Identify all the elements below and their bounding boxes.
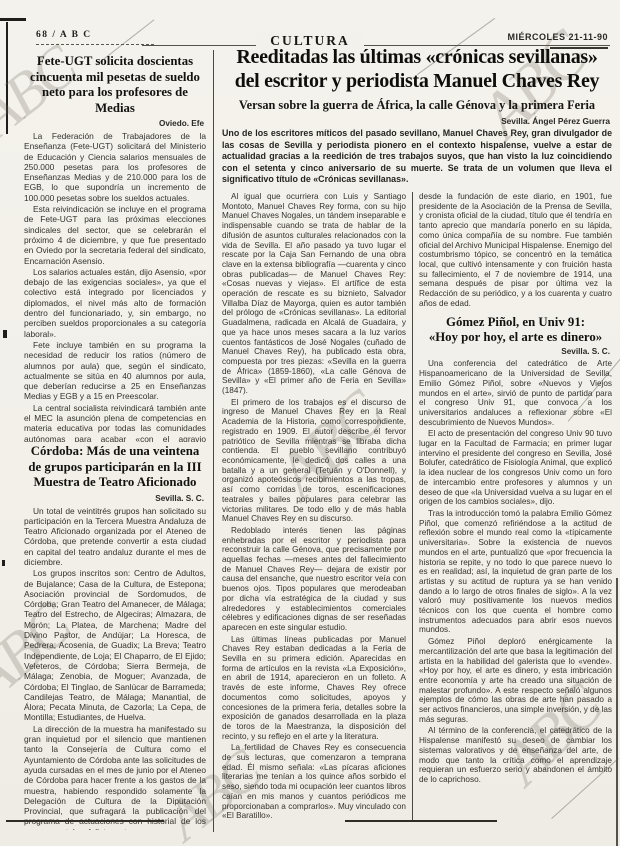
body-paragraph: La central socialista reivindicará tambi… bbox=[24, 403, 206, 442]
article-headline: Córdoba: Más de una veintena de grupos p… bbox=[24, 444, 206, 491]
main-article-columns: Al igual que ocurriera con Luis y Santia… bbox=[222, 192, 612, 822]
scan-artifact bbox=[3, 330, 7, 338]
article-byline: Sevilla. S. C. bbox=[24, 494, 204, 503]
body-paragraph: La fertilidad de Chaves Rey es consecuen… bbox=[222, 743, 406, 821]
footer-rule bbox=[345, 820, 497, 822]
body-paragraph: Esta reivindicación se incluye en el pro… bbox=[24, 204, 206, 266]
body-paragraph: desde la fundación de este diario, en 19… bbox=[419, 192, 612, 308]
body-paragraph: La Federación de Trabajadores de la Ense… bbox=[24, 131, 206, 203]
main-column-left: Al igual que ocurriera con Luis y Santia… bbox=[222, 192, 406, 822]
body-paragraph: El acto de presentación del congreso Uni… bbox=[419, 429, 612, 507]
body-paragraph: Fete incluye también en su programa la n… bbox=[24, 340, 206, 402]
body-paragraph: Los grupos inscritos son: Centro de Adul… bbox=[24, 568, 206, 722]
body-paragraph: Al término de la conferencia, el catedrá… bbox=[419, 726, 612, 784]
main-article-lead: Uno de los escritores míticos del pasado… bbox=[222, 128, 612, 188]
sub-article-headline: Gómez Piñol, en Univ 91: «Hoy por hoy, e… bbox=[419, 315, 612, 345]
body-paragraph: El primero de los trabajos es el discurs… bbox=[222, 398, 406, 524]
headline-line: «Hoy por hoy, el arte es dinero» bbox=[419, 330, 612, 345]
body-paragraph: Un total de veintitrés grupos han solici… bbox=[24, 506, 206, 568]
main-article-subhead: Versan sobre la guerra de África, la cal… bbox=[222, 98, 612, 113]
main-article-byline: Sevilla. Ángel Pérez Guerra bbox=[222, 116, 610, 126]
column-divider bbox=[412, 192, 413, 822]
body-paragraph: Gómez Piñol deploró enérgicamente la mer… bbox=[419, 637, 612, 724]
body-paragraph: Tras la introducción tomó la palabra Emi… bbox=[419, 509, 612, 635]
section-title: CULTURA bbox=[256, 33, 364, 49]
column-divider bbox=[213, 50, 214, 832]
main-article-headline: Reeditadas las últimas «crónicas sevilla… bbox=[222, 46, 612, 93]
newspaper-page: ABC ABC ABC ABC ABC ABC 68 / A B C CULTU… bbox=[0, 0, 620, 846]
body-paragraph: Los salarios actuales están, dijo Asensi… bbox=[24, 267, 206, 339]
article-headline: Fete-UGT solicita doscientas cincuenta m… bbox=[24, 54, 206, 116]
scan-artifact bbox=[616, 578, 618, 846]
main-column-right: desde la fundación de este diario, en 19… bbox=[419, 192, 612, 822]
footer-rule bbox=[6, 820, 164, 822]
body-paragraph: La dirección de la muestra ha manifestad… bbox=[24, 724, 206, 830]
sub-article-byline: Sevilla. S. C. bbox=[419, 347, 610, 356]
article-fete-ugt: Fete-UGT solicita doscientas cincuenta m… bbox=[24, 54, 206, 442]
section-title-wrap: CULTURA bbox=[0, 32, 620, 50]
body-paragraph: Las últimas líneas publicadas por Manuel… bbox=[222, 635, 406, 742]
body-paragraph: Al igual que ocurriera con Luis y Santia… bbox=[222, 192, 406, 396]
scan-artifact bbox=[2, 560, 5, 566]
article-cordoba-teatro: Córdoba: Más de una veintena de grupos p… bbox=[24, 444, 206, 830]
body-paragraph: Redoblado interés tienen las páginas enh… bbox=[222, 526, 406, 633]
body-paragraph: Una conferencia del catedrático de Arte … bbox=[419, 359, 612, 427]
headline-line: Gómez Piñol, en Univ 91: bbox=[419, 315, 612, 330]
article-byline: Oviedo. Efe bbox=[24, 119, 204, 128]
headline-line: del escritor y periodista Manuel Chaves … bbox=[222, 70, 612, 94]
scan-artifact bbox=[0, 18, 26, 21]
